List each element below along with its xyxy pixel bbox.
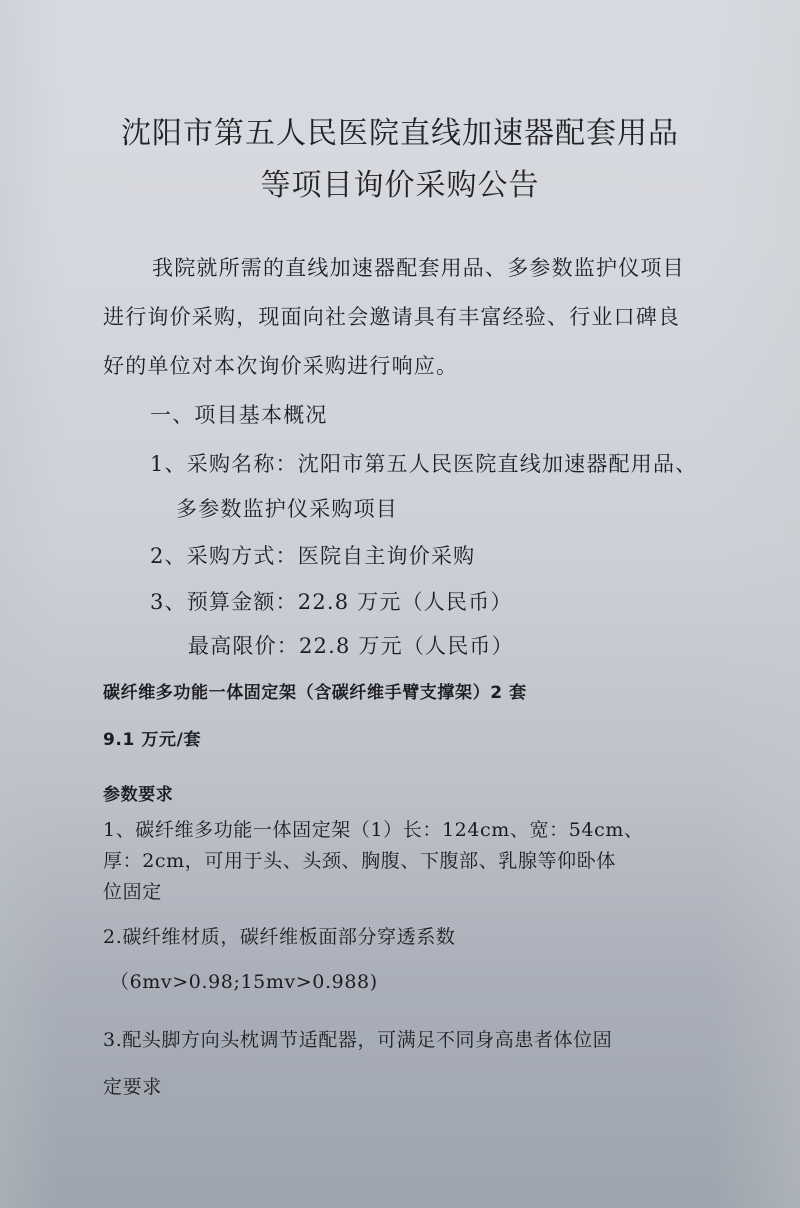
document-title-line-1: 沈阳市第五人民医院直线加速器配套用品 [0,108,800,152]
requirement-1-line-2: 厚：2cm，可用于头、头颈、胸腹、下腹部、乳腺等仰卧体 [103,846,616,873]
requirement-3-line-2: 定要求 [103,1072,162,1099]
intro-line-3: 好的单位对本次询价采购进行响应。 [103,350,458,380]
requirement-3-line-1: 3.配头脚方向头枕调节适配器，可满足不同身高患者体位固 [103,1025,612,1052]
requirement-1-line-1: 1、碳纤维多功能一体固定架（1）长：124cm、宽：54cm、 [103,815,644,842]
product-unit-price: 9.1 万元/套 [103,725,201,750]
procurement-name-line-1: 1、采购名称：沈阳市第五人民医院直线加速器配用品、 [150,448,697,478]
procurement-method: 2、采购方式：医院自主询价采购 [150,540,475,570]
procurement-name-line-2: 多参数监护仪采购项目 [176,493,398,523]
budget-amount: 3、预算金额：22.8 万元（人民币） [150,586,513,616]
document-title-line-2: 等项目询价采购公告 [0,160,800,204]
product-name: 碳纤维多功能一体固定架（含碳纤维手臂支撑架）2 套 [103,678,527,703]
requirement-2-line-2: （6mv>0.98;15mv>0.988) [110,967,378,994]
section-heading-basic-overview: 一、项目基本概况 [150,399,328,429]
intro-line-2: 进行询价采购，现面向社会邀请具有丰富经验、行业口碑良 [103,301,680,331]
max-price-limit: 最高限价：22.8 万元（人民币） [188,630,514,660]
requirements-heading: 参数要求 [103,780,173,805]
requirement-2-line-1: 2.碳纤维材质，碳纤维板面部分穿透系数 [103,922,456,949]
requirement-1-line-3: 位固定 [103,877,162,904]
intro-line-1: 我院就所需的直线加速器配套用品、多参数监护仪项目 [152,252,685,282]
document-page: 沈阳市第五人民医院直线加速器配套用品 等项目询价采购公告 我院就所需的直线加速器… [0,0,800,1208]
